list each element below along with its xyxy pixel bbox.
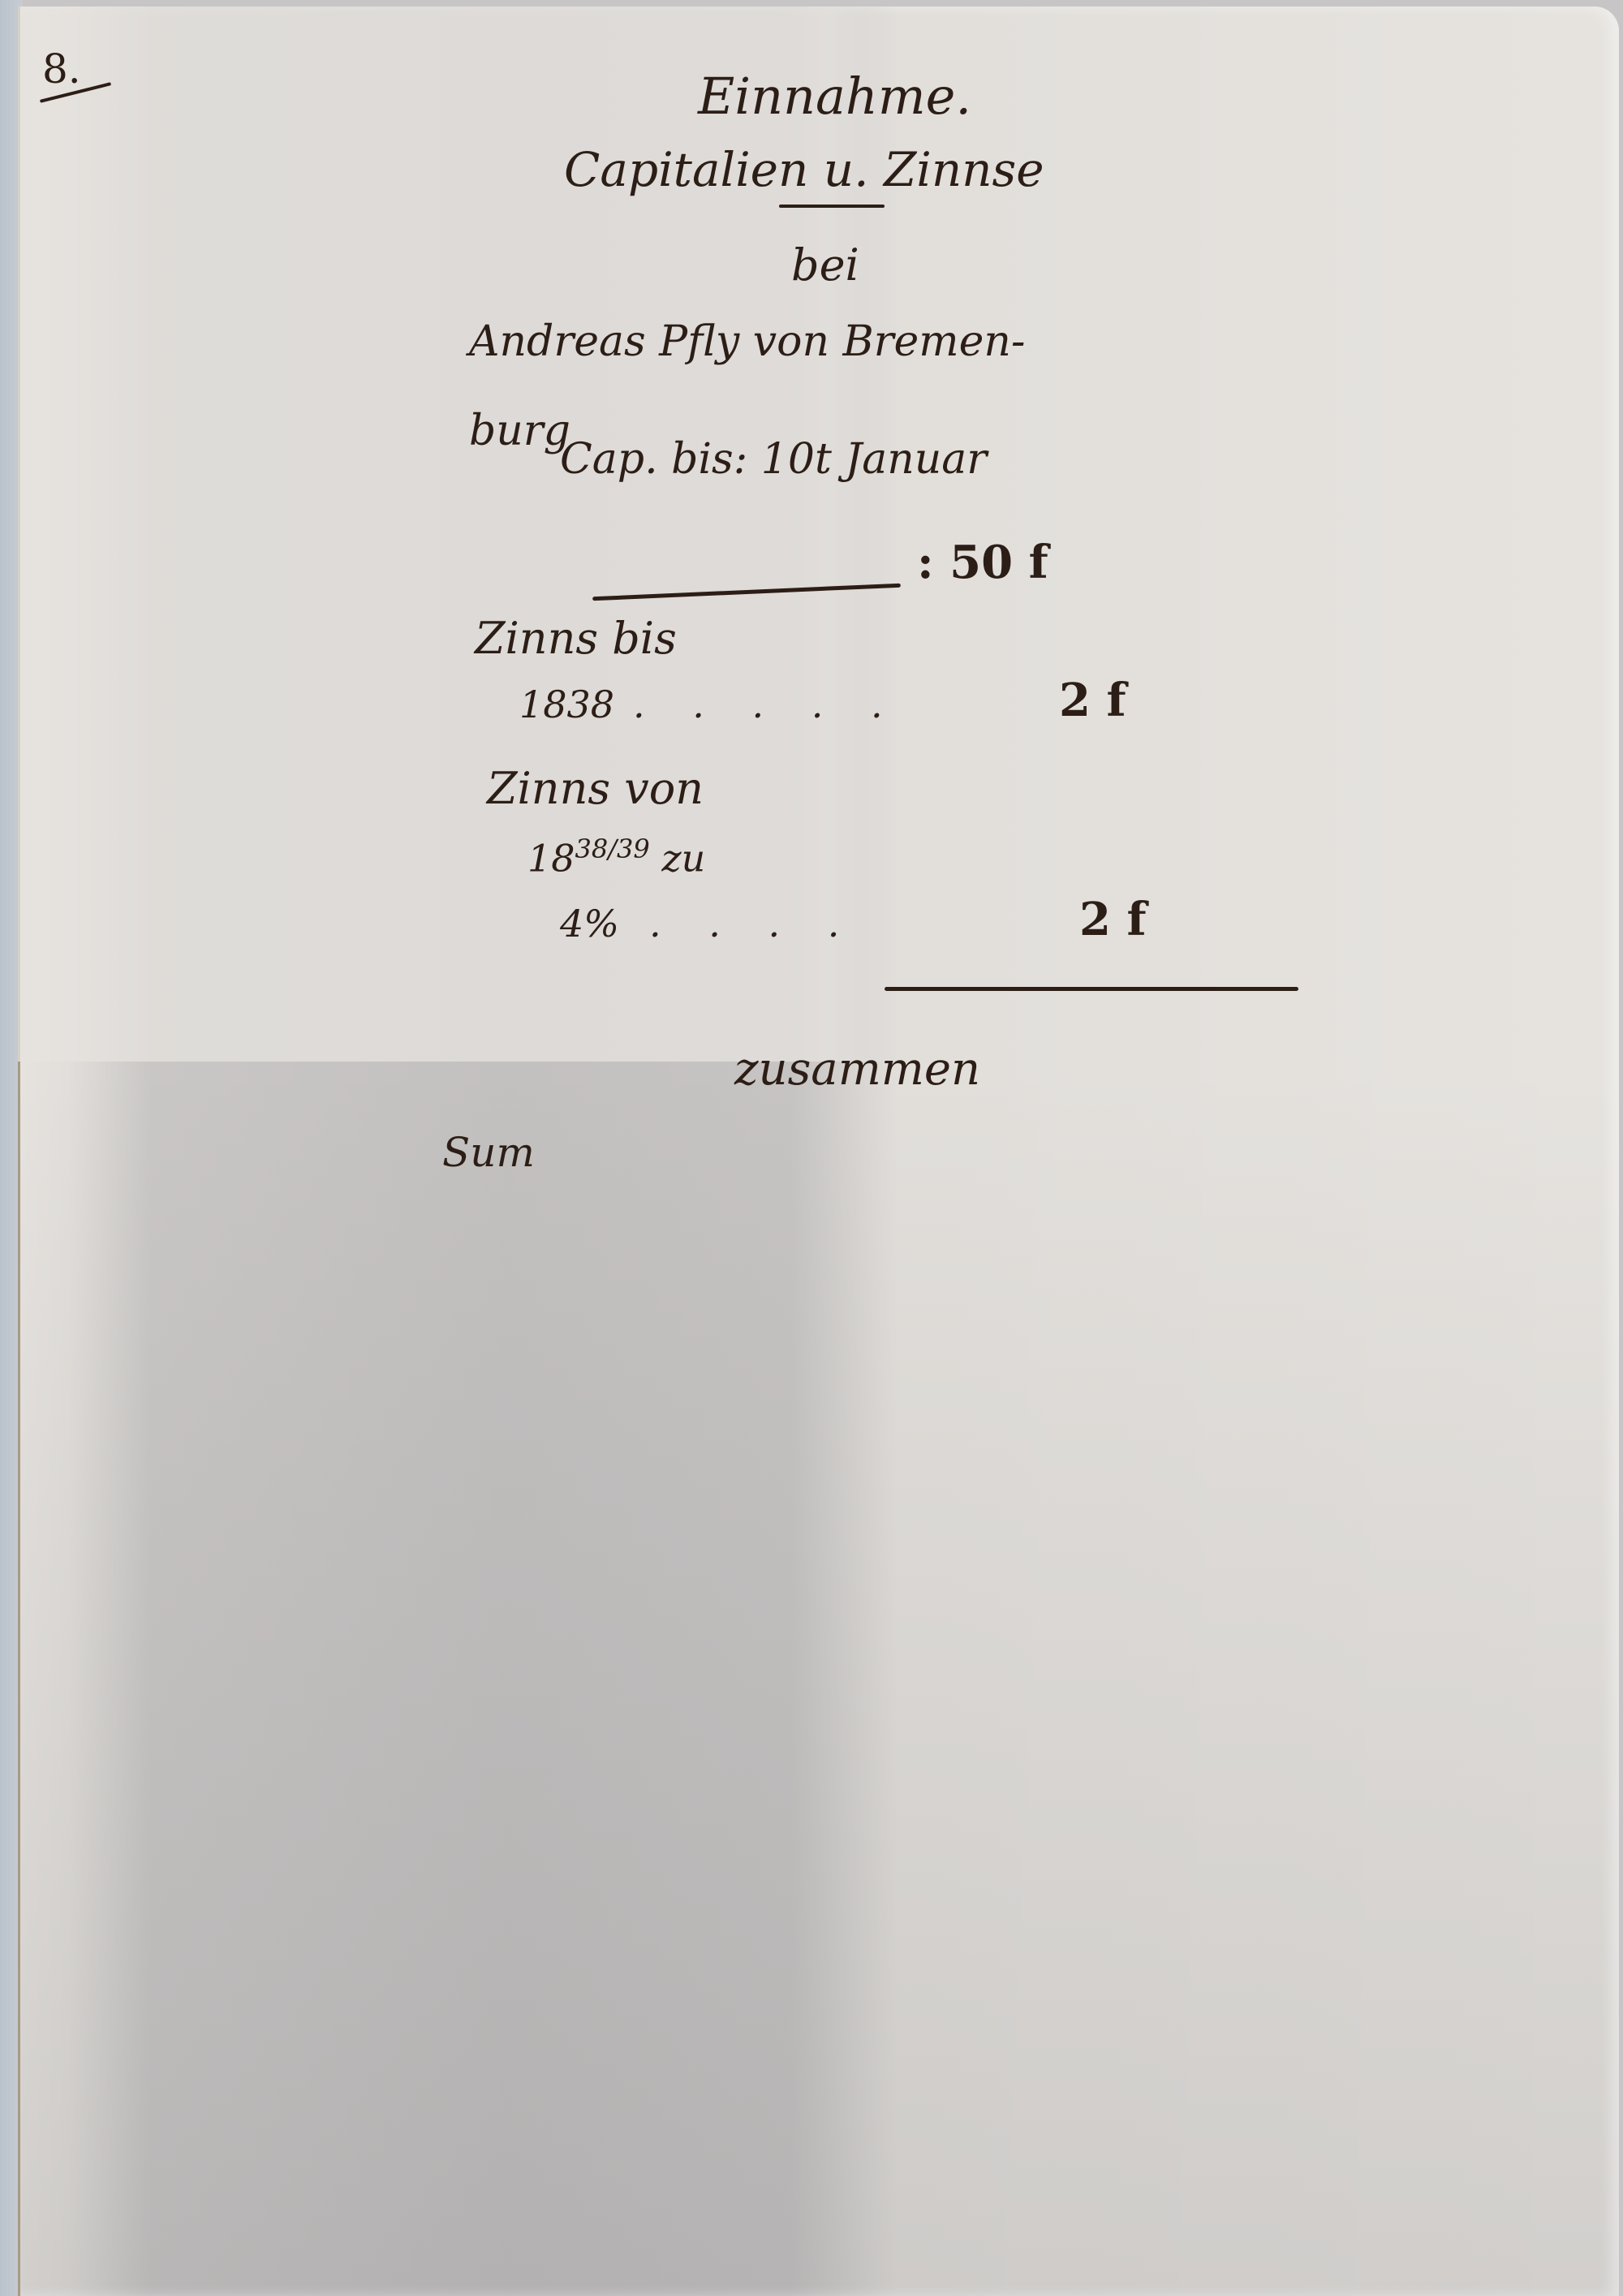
sum-label: Sum (442, 1132, 535, 1173)
debtor-name-line2: burg (469, 410, 570, 452)
capital-amount: : 50 f (917, 540, 1048, 585)
capital-line: Cap. bis: 10t Januar (560, 438, 987, 480)
page-number: 8. (42, 49, 81, 89)
debtor-name-line1: Andreas Pfly von Bremen- (469, 321, 1025, 363)
interest-1-label: Zinns bis (475, 617, 677, 661)
interest-1-period: 1838 (519, 686, 614, 723)
interest-2-period-suffix: zu (650, 836, 705, 880)
interest-1-amount: 2 f (1059, 678, 1126, 723)
total-rule (885, 987, 1298, 991)
interest-2-label: Zinns von (487, 767, 704, 811)
page-title: Einnahme. (698, 71, 971, 122)
interest-2-period-base: 18 (527, 836, 575, 880)
interest-2-period: 1838/39 zu (527, 836, 705, 877)
interest-2-rate: 4% (560, 905, 619, 942)
preposition: bei (791, 243, 859, 287)
total-label: zusammen (734, 1047, 980, 1092)
interest-2-period-sup: 38/39 (575, 834, 650, 864)
interest-1-leader: . . . . . (633, 686, 901, 723)
section-subtitle: Capitalien u. Zinnse (564, 146, 1044, 193)
interest-2-leader: . . . . (649, 905, 857, 942)
subtitle-flourish (779, 205, 885, 208)
interest-2-amount: 2 f (1079, 897, 1147, 942)
